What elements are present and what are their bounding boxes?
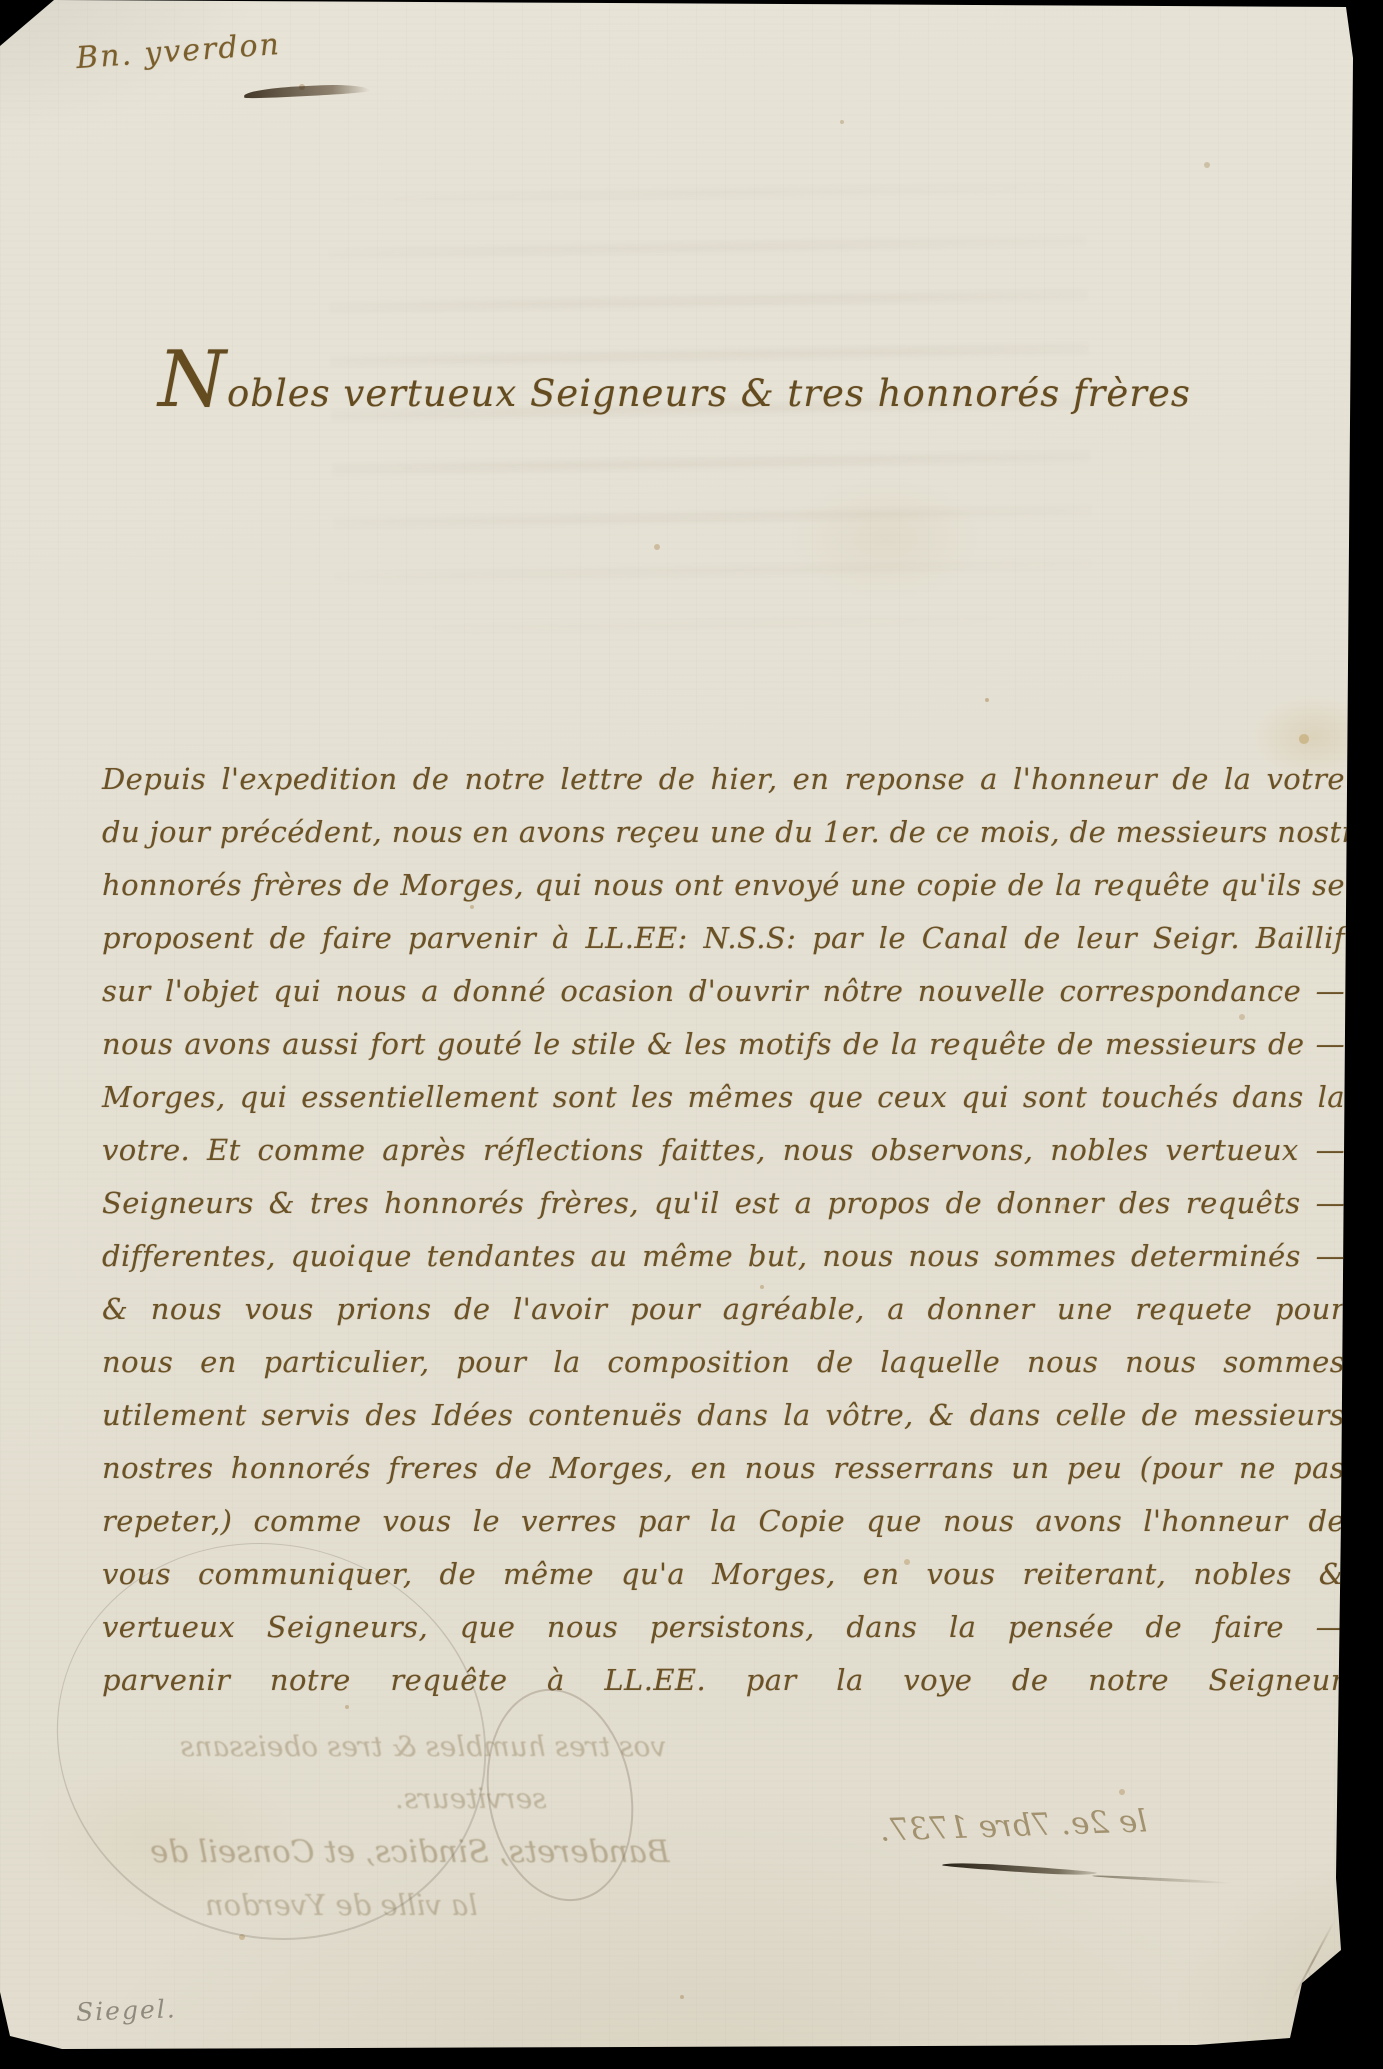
- letter-line: proposent de faire parvenir à LL.EE: N.S…: [102, 921, 1345, 974]
- letter-line: sur l'objet qui nous a donné ocasion d'o…: [102, 974, 1345, 1027]
- corner-crease: [1291, 1921, 1335, 2001]
- letter-line: votre. Et comme après réflections faitte…: [102, 1133, 1345, 1186]
- foxing-spots: [0, 0, 4, 4]
- letter-line: honnorés frères de Morges, qui nous ont …: [102, 868, 1345, 921]
- letter-line: nostres honnorés freres de Morges, en no…: [102, 1451, 1345, 1504]
- pencil-note-siegel: Siegel.: [76, 1994, 178, 2026]
- letter-line: & nous vous prions de l'avoir pour agréa…: [102, 1292, 1345, 1345]
- letter-line: utilement servis des Idées contenuës dan…: [102, 1398, 1345, 1451]
- letter-line: nous en particulier, pour la composition…: [102, 1345, 1345, 1398]
- archive-note: Bn. yverdon: [75, 27, 282, 76]
- ink-flourish: [244, 83, 370, 100]
- manuscript-paper: Bn. yverdon Nobles vertueux Seigneurs & …: [0, 0, 1383, 2069]
- letter-line: differentes, quoique tendantes au même b…: [102, 1239, 1345, 1292]
- ink-stroke: [1092, 1874, 1232, 1884]
- letter-line: Depuis l'expedition de notre lettre de h…: [102, 762, 1345, 815]
- letter-line: Seigneurs & tres honnorés frères, qu'il …: [102, 1186, 1345, 1239]
- letter-line: Morges, qui essentiellement sont les mêm…: [102, 1080, 1345, 1133]
- letter-line: nous avons aussi fort gouté le stile & l…: [102, 1027, 1345, 1080]
- ink-stroke: [942, 1861, 1097, 1878]
- letter-line: du jour précédent, nous en avons reçeu u…: [102, 815, 1345, 868]
- salutation: Nobles vertueux Seigneurs & tres honnoré…: [158, 372, 1218, 415]
- corner-crease: [1307, 1967, 1327, 2035]
- scan-background: { "document_kind": "Handwritten manuscri…: [0, 0, 1383, 2069]
- bleedthrough-dateline: le 2e. 7bre 1737.: [879, 1803, 1147, 1848]
